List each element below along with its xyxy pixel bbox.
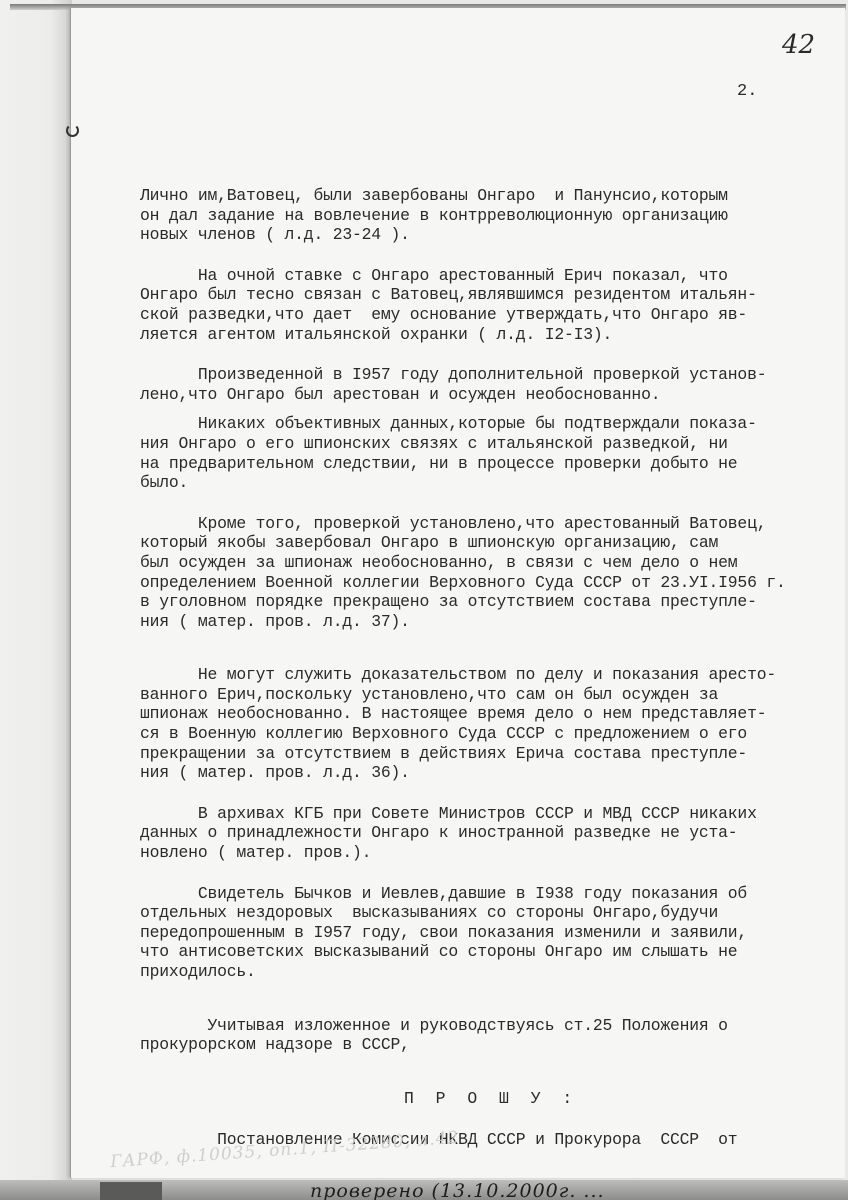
page-number: 2. [737,82,757,101]
paragraphs: Лично им,Ватовец, были завербованы Онгар… [140,186,830,1055]
handwritten-sheet-number: 42 [782,30,815,60]
paragraph: Свидетель Бычков и Иевлев,давшие в I938 … [140,884,830,982]
staple-hole-icon [66,124,79,137]
paragraph: В архивах КГБ при Совете Министров СССР … [140,804,830,863]
paragraph: Учитывая изложенное и руководствуясь ст.… [140,1016,830,1055]
handwritten-note: проверено (13.10.2000г. ... [310,1180,605,1200]
paragraph: Не могут служить доказательством по делу… [140,665,830,783]
paragraph: На очной ставке с Онгаро арестованный Ер… [140,266,830,344]
document-body: Лично им,Ватовец, были завербованы Онгар… [140,186,830,1150]
dark-block [100,1182,162,1200]
request-heading: П Р О Ш У : [140,1089,830,1109]
paragraph: Никаких объективных данных,которые бы по… [140,414,830,492]
paragraph: Произведенной в I957 году дополнительной… [140,365,830,404]
paragraph: Лично им,Ватовец, были завербованы Онгар… [140,186,830,245]
underlying-sheet [0,0,72,1200]
paragraph: Кроме того, проверкой установлено,что ар… [140,514,830,632]
